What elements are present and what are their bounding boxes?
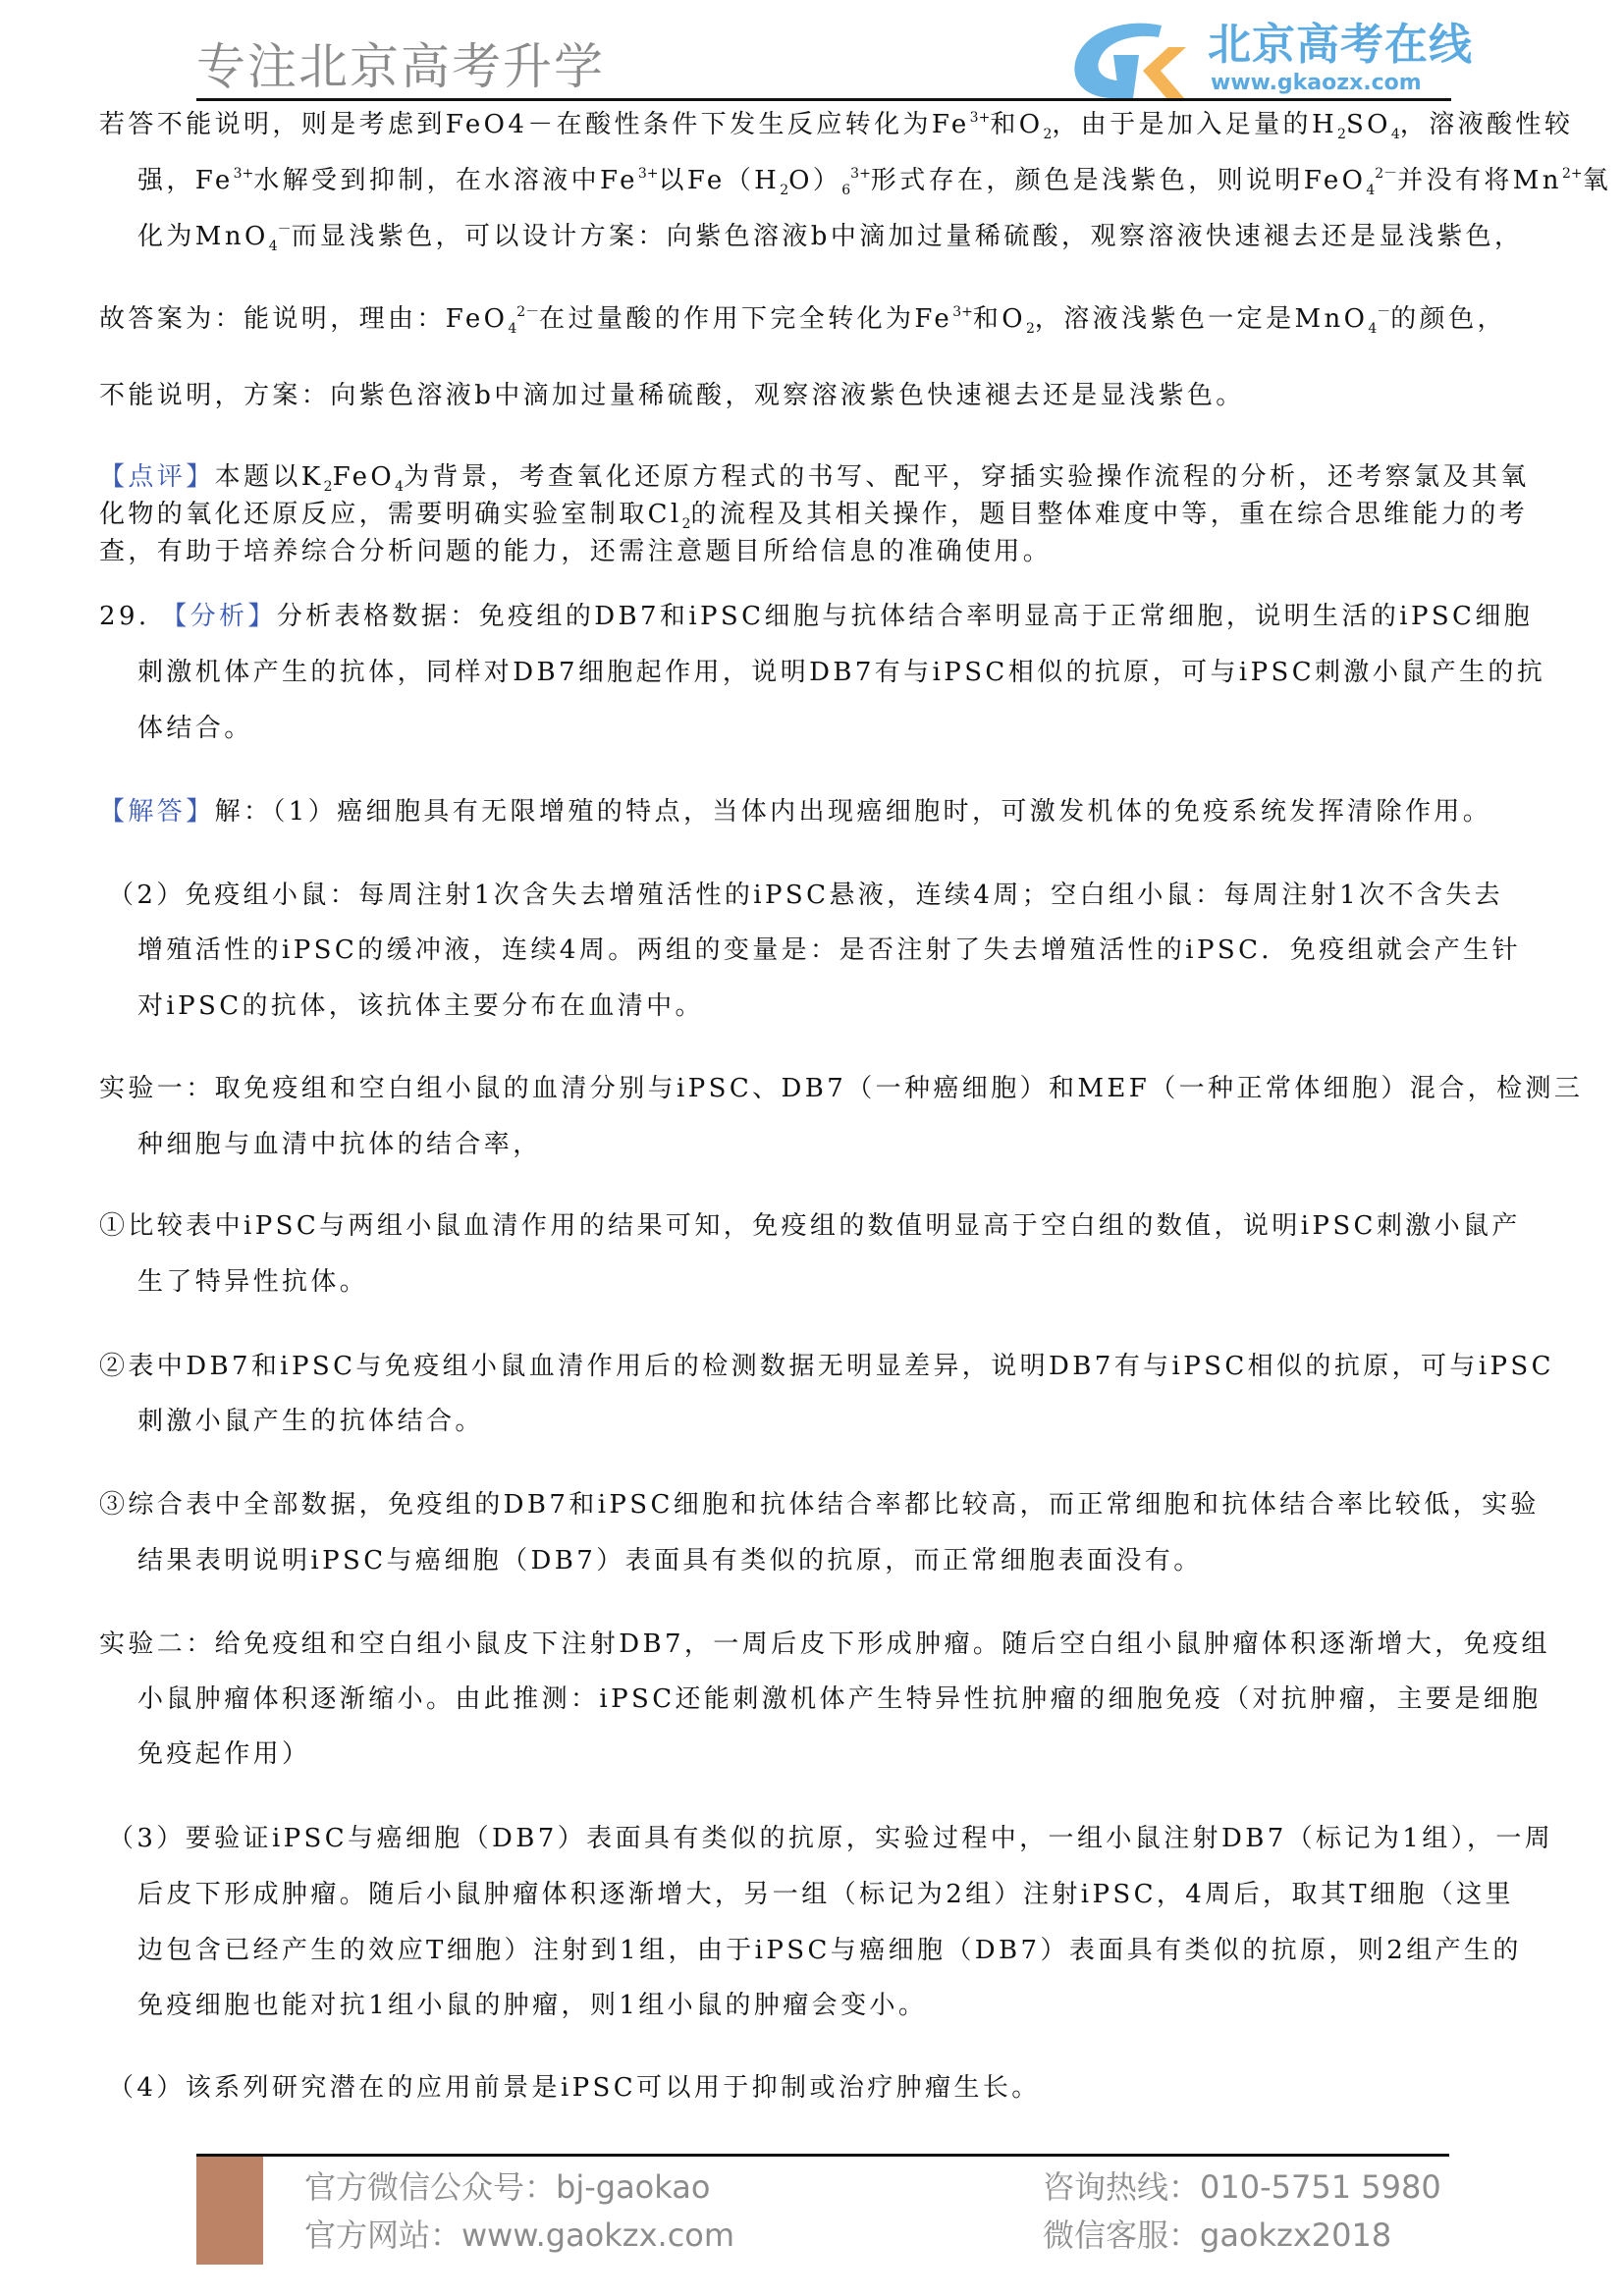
text-line: 化物的氧化还原反应，需要明确实验室制取Cl2的流程及其相关操作，题目整体难度中等…: [99, 499, 1528, 540]
text-run: 免疫细胞也能对抗1组小鼠的肿瘤，则1组小鼠的肿瘤会变小。: [137, 1991, 927, 2020]
text-run: （4）该系列研究潜在的应用前景是iPSC可以用于抑制或治疗肿瘤生长。: [108, 2073, 1041, 2103]
text-line: 体结合。: [137, 713, 253, 744]
text-line: 增殖活性的iPSC的缓冲液，连续4周。两组的变量是：是否注射了失去增殖活性的iP…: [137, 934, 1521, 966]
text-run: 和O: [973, 304, 1026, 334]
text-line: 边包含已经产生的效应T细胞）注射到1组，由于iPSC与癌细胞（DB7）表面具有类…: [137, 1935, 1522, 1966]
text-line: 种细胞与血清中抗体的结合率，: [137, 1129, 542, 1160]
text-line: 强，Fe3+水解受到抑制，在水溶液中Fe3+以Fe（H2O）63+形式存在，颜色…: [137, 158, 1611, 206]
text-line: 生了特异性抗体。: [137, 1266, 368, 1298]
text-line: 【解答】解：（1）癌细胞具有无限增殖的特点，当体内出现癌细胞时，可激发机体的免疫…: [99, 796, 1491, 828]
footer-divider: [196, 2154, 1449, 2157]
text-run: 和O: [990, 110, 1043, 139]
text-run: （3）要验证iPSC与癌细胞（DB7）表面具有类似的抗原，实验过程中，一组小鼠注…: [108, 1824, 1553, 1853]
text-run: ③综合表中全部数据，免疫组的DB7和iPSC细胞和抗体结合率都比较高，而正常细胞…: [99, 1490, 1540, 1520]
text-run: 3+: [850, 166, 871, 182]
text-run: 4: [508, 321, 516, 337]
text-line: 查，有助于培养综合分析问题的能力，还需注意题目所给信息的准确使用。: [99, 536, 1052, 567]
text-run: FeO: [333, 462, 396, 492]
text-run: －: [278, 222, 292, 238]
text-run: 的颜色，: [1390, 304, 1506, 334]
footer-website[interactable]: 官方网站：www.gaokzx.com: [304, 2216, 734, 2254]
text-line: 结果表明说明iPSC与癌细胞（DB7）表面具有类似的抗原，而正常细胞表面没有。: [137, 1545, 1203, 1576]
text-run: 种细胞与血清中抗体的结合率，: [137, 1130, 542, 1159]
text-run: 2: [1337, 127, 1346, 142]
text-line: （3）要验证iPSC与癌细胞（DB7）表面具有类似的抗原，实验过程中，一组小鼠注…: [108, 1823, 1553, 1854]
text-run: 故答案为：能说明，理由：FeO: [99, 304, 508, 334]
site-logo[interactable]: 北京高考在线 www.gkaozx.com: [1068, 20, 1461, 100]
text-run: ②表中DB7和iPSC与免疫组小鼠血清作用后的检测数据无明显差异，说明DB7有与…: [99, 1352, 1554, 1381]
logo-name: 北京高考在线: [1208, 22, 1473, 69]
text-run: 刺激小鼠产生的抗体结合。: [137, 1407, 484, 1436]
section-tag: 【分析】: [161, 602, 277, 631]
text-run: 本题以K: [215, 462, 324, 492]
text-run: 对iPSC的抗体，该抗体主要分布在血清中。: [137, 991, 704, 1021]
text-run: ，溶液浅紫色一定是MnO: [1035, 304, 1368, 334]
text-run: 化为MnO: [137, 222, 269, 251]
text-run: 2: [324, 479, 333, 495]
text-line: ③综合表中全部数据，免疫组的DB7和iPSC细胞和抗体结合率都比较高，而正常细胞…: [99, 1489, 1540, 1521]
text-line: 29. 【分析】分析表格数据：免疫组的DB7和iPSC细胞与抗体结合率明显高于正…: [99, 601, 1533, 632]
header-divider: [196, 98, 1451, 101]
footer-accent-bar: [196, 2157, 263, 2265]
text-line: ①比较表中iPSC与两组小鼠血清作用的结果可知，免疫组的数值明显高于空白组的数值…: [99, 1210, 1521, 1242]
text-run: 免疫起作用）: [137, 1739, 310, 1769]
text-run: 水解受到抑制，在水溶液中Fe: [253, 166, 638, 195]
text-run: 6: [841, 183, 850, 198]
text-run: 实验一：取免疫组和空白组小鼠的血清分别与iPSC、DB7（一种癌细胞）和MEF（…: [99, 1074, 1583, 1103]
text-run: 小鼠肿瘤体积逐渐缩小。由此推测：iPSC还能刺激机体产生特异性抗肿瘤的细胞免疫（…: [137, 1684, 1542, 1714]
text-run: 化物的氧化还原反应，需要明确实验室制取Cl: [99, 500, 682, 529]
text-run: 后皮下形成肿瘤。随后小鼠肿瘤体积逐渐增大，另一组（标记为2组）注射iPSC，4周…: [137, 1880, 1514, 1909]
text-line: 【点评】本题以K2FeO4为背景，考查氧化还原方程式的书写、配平，穿插实验操作流…: [99, 461, 1530, 503]
text-run: （2）免疫组小鼠：每周注射1次含失去增殖活性的iPSC悬液，连续4周；空白组小鼠…: [108, 881, 1503, 910]
text-run: 实验二：给免疫组和空白组小鼠皮下注射DB7，一周后皮下形成肿瘤。随后空白组小鼠肿…: [99, 1629, 1550, 1659]
text-run: 分析表格数据：免疫组的DB7和iPSC细胞与抗体结合率明显高于正常细胞，说明生活…: [277, 602, 1533, 631]
text-line: 小鼠肿瘤体积逐渐缩小。由此推测：iPSC还能刺激机体产生特异性抗肿瘤的细胞免疫（…: [137, 1683, 1542, 1715]
text-run: 29.: [99, 602, 161, 631]
text-line: （4）该系列研究潜在的应用前景是iPSC可以用于抑制或治疗肿瘤生长。: [108, 2072, 1041, 2104]
text-run: 体结合。: [137, 714, 253, 743]
text-run: 3+: [234, 166, 254, 182]
text-run: 4: [269, 239, 278, 254]
text-line: 免疫细胞也能对抗1组小鼠的肿瘤，则1组小鼠的肿瘤会变小。: [137, 1990, 927, 2021]
text-line: 实验一：取免疫组和空白组小鼠的血清分别与iPSC、DB7（一种癌细胞）和MEF（…: [99, 1073, 1583, 1104]
text-line: 故答案为：能说明，理由：FeO42－在过量酸的作用下完全转化为Fe3+和O2，溶…: [99, 296, 1506, 345]
text-line: 若答不能说明，则是考虑到FeO4－在酸性条件下发生反应转化为Fe3+和O2，由于…: [99, 102, 1573, 150]
text-line: 刺激机体产生的抗体，同样对DB7细胞起作用，说明DB7有与iPSC相似的抗原，可…: [137, 657, 1545, 688]
text-run: 2: [780, 183, 788, 198]
text-run: 刺激机体产生的抗体，同样对DB7细胞起作用，说明DB7有与iPSC相似的抗原，可…: [137, 658, 1545, 687]
text-run: 4: [395, 479, 404, 495]
text-run: ，由于是加入足量的H: [1052, 110, 1337, 139]
text-run: 2+: [1562, 166, 1583, 182]
text-line: 化为MnO4－而显浅紫色，可以设计方案：向紫色溶液b中滴加过量稀硫酸，观察溶液快…: [137, 214, 1523, 262]
text-run: 3+: [638, 166, 659, 182]
text-run: 2－: [1375, 166, 1397, 182]
text-line: 不能说明，方案：向紫色溶液b中滴加过量稀硫酸，观察溶液紫色快速褪去还是显浅紫色。: [99, 380, 1245, 411]
text-line: 实验二：给免疫组和空白组小鼠皮下注射DB7，一周后皮下形成肿瘤。随后空白组小鼠肿…: [99, 1629, 1550, 1660]
text-line: 免疫起作用）: [137, 1738, 310, 1770]
text-run: 结果表明说明iPSC与癌细胞（DB7）表面具有类似的抗原，而正常细胞表面没有。: [137, 1546, 1203, 1575]
text-run: 的流程及其相关操作，题目整体难度中等，重在综合思维能力的考: [691, 500, 1529, 529]
text-run: 生了特异性抗体。: [137, 1267, 368, 1297]
text-run: 不能说明，方案：向紫色溶液b中滴加过量稀硫酸，观察溶液紫色快速褪去还是显浅紫色。: [99, 381, 1245, 410]
footer-hotline: 咨询热线：010-5751 5980: [1043, 2168, 1441, 2206]
text-run: 而显浅紫色，可以设计方案：向紫色溶液b中滴加过量稀硫酸，观察溶液快速褪去还是显浅…: [292, 222, 1524, 251]
footer-wechat-official: 官方微信公众号：bj-gaokao: [304, 2168, 710, 2206]
text-run: 增殖活性的iPSC的缓冲液，连续4周。两组的变量是：是否注射了失去增殖活性的iP…: [137, 935, 1521, 965]
text-run: 强，Fe: [137, 166, 234, 195]
text-run: ①比较表中iPSC与两组小鼠血清作用的结果可知，免疫组的数值明显高于空白组的数值…: [99, 1211, 1521, 1241]
footer-wechat-service: 微信客服：gaokzx2018: [1043, 2216, 1391, 2254]
text-run: 4: [1366, 183, 1375, 198]
text-run: 查，有助于培养综合分析问题的能力，还需注意题目所给信息的准确使用。: [99, 537, 1052, 566]
text-run: 形式存在，颜色是浅紫色，则说明FeO: [871, 166, 1367, 195]
text-run: －: [1377, 304, 1390, 320]
text-run: 以Fe（H: [659, 166, 781, 195]
text-line: 刺激小鼠产生的抗体结合。: [137, 1406, 484, 1437]
text-line: ②表中DB7和iPSC与免疫组小鼠血清作用后的检测数据无明显差异，说明DB7有与…: [99, 1351, 1554, 1382]
text-run: O）: [788, 166, 841, 195]
text-run: 在过量酸的作用下完全转化为Fe: [539, 304, 952, 334]
text-run: 若答不能说明，则是考虑到FeO4－在酸性条件下发生反应转化为Fe: [99, 110, 970, 139]
gk-logo-icon: [1068, 20, 1201, 100]
text-run: 并没有将Mn: [1397, 166, 1562, 195]
text-line: 后皮下形成肿瘤。随后小鼠肿瘤体积逐渐增大，另一组（标记为2组）注射iPSC，4周…: [137, 1879, 1514, 1910]
text-run: 解：（1）癌细胞具有无限增殖的特点，当体内出现癌细胞时，可激发机体的免疫系统发挥…: [215, 797, 1492, 827]
text-run: SO: [1346, 110, 1391, 139]
text-run: 4: [1391, 127, 1400, 142]
text-line: （2）免疫组小鼠：每周注射1次含失去增殖活性的iPSC悬液，连续4周；空白组小鼠…: [108, 880, 1503, 911]
section-tag: 【点评】: [99, 462, 215, 492]
logo-url: www.gkaozx.com: [1211, 71, 1422, 96]
text-run: 3+: [952, 304, 973, 320]
section-tag: 【解答】: [99, 797, 215, 827]
text-run: 3+: [970, 110, 991, 126]
header-slogan: 专注北京高考升学: [196, 39, 605, 94]
text-run: 2－: [516, 304, 539, 320]
text-run: 边包含已经产生的效应T细胞）注射到1组，由于iPSC与癌细胞（DB7）表面具有类…: [137, 1936, 1522, 1965]
text-line: 对iPSC的抗体，该抗体主要分布在血清中。: [137, 990, 704, 1022]
text-run: 4: [1368, 321, 1377, 337]
text-run: 为背景，考查氧化还原方程式的书写、配平，穿插实验操作流程的分析，还考察氯及其氧: [404, 462, 1530, 492]
text-run: 2: [682, 516, 691, 532]
text-run: 氧: [1583, 166, 1611, 195]
text-run: 2: [1026, 321, 1035, 337]
text-run: ，溶液酸性较: [1400, 110, 1573, 139]
